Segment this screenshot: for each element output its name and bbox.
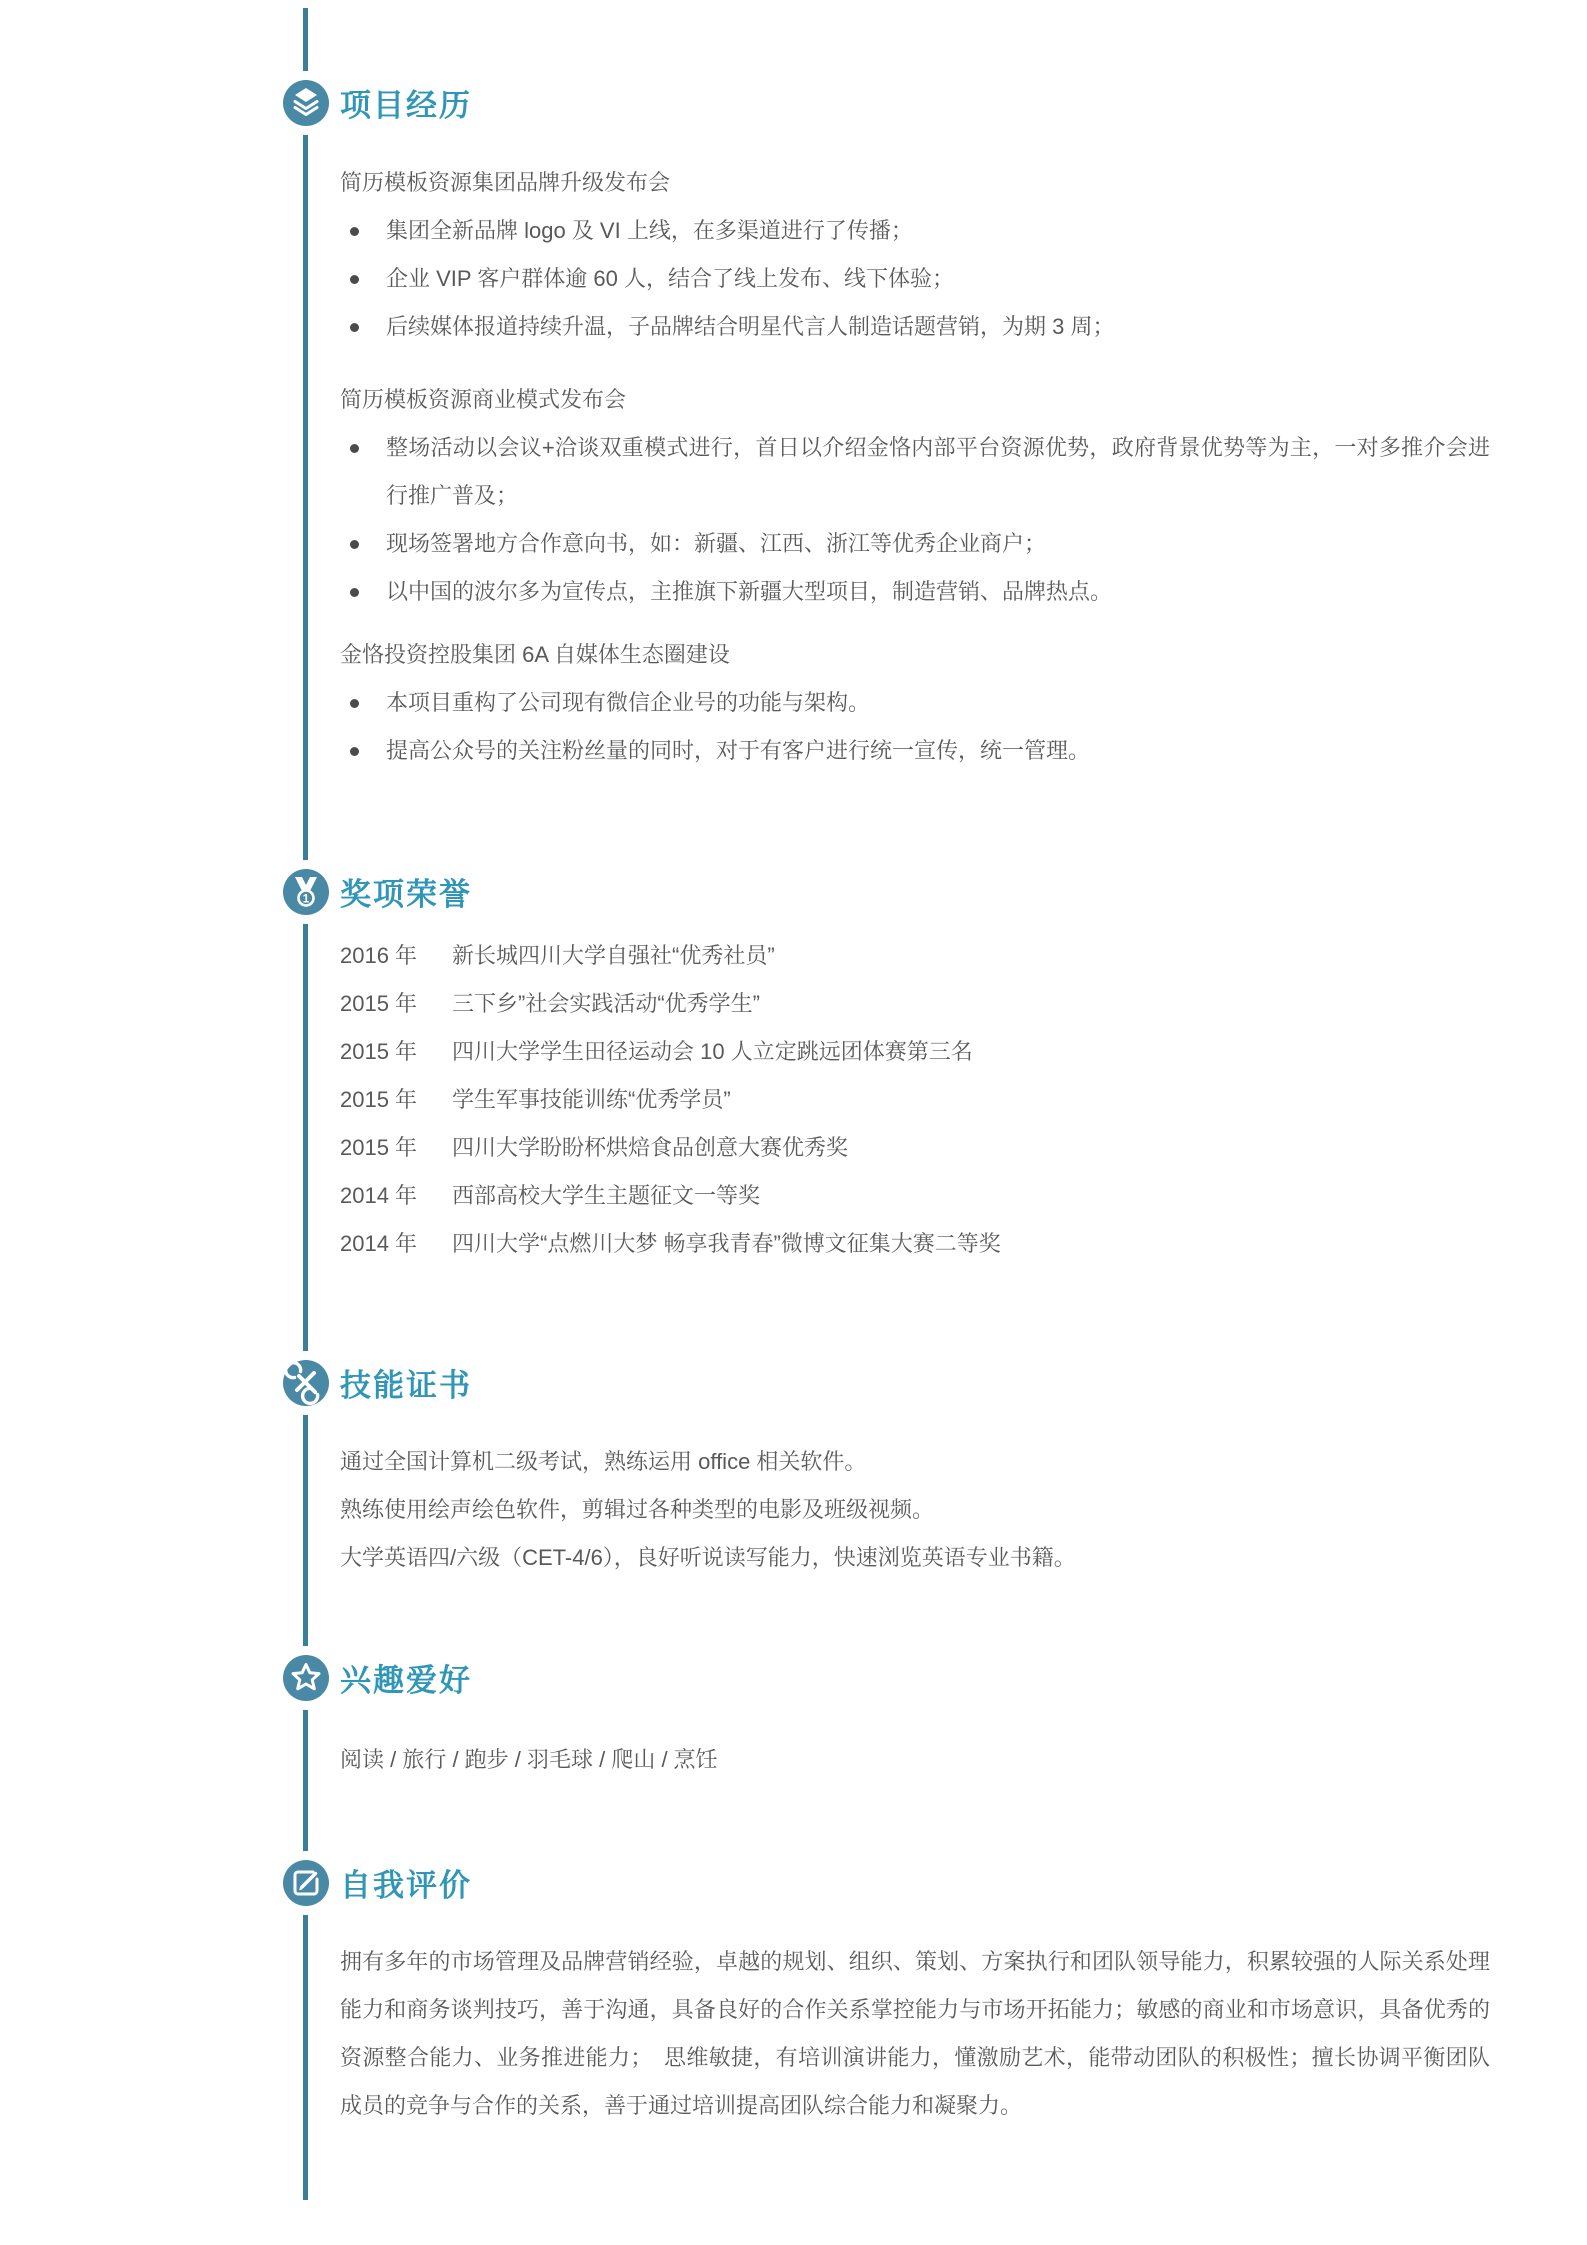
bullet-list: 整场活动以会议+洽谈双重模式进行，首日以介绍金恪内部平台资源优势，政府背景优势等… [340, 424, 1490, 616]
bullet-text: 整场活动以会议+洽谈双重模式进行，首日以介绍金恪内部平台资源优势，政府背景优势等… [386, 424, 1490, 520]
medal-icon: 1 [283, 869, 329, 915]
section-skills: 技能证书 通过全国计算机二级考试，熟练运用 office 相关软件。 熟练使用绘… [340, 1363, 1490, 1582]
resume-page: 1 项目经历 简历模板资源集团品牌升级发布会 集团全新品 [0, 0, 1587, 2245]
bullet-text: 现场签署地方合作意向书，如：新疆、江西、浙江等优秀企业商户； [386, 520, 1490, 568]
award-text: 学生军事技能训练“优秀学员” [452, 1076, 1490, 1124]
award-text: 四川大学盼盼杯烘焙食品创意大赛优秀奖 [452, 1124, 1490, 1172]
section-title: 项目经历 [340, 83, 1490, 129]
project-group-title: 简历模板资源商业模式发布会 [340, 376, 1490, 424]
list-item: 企业 VIP 客户群体逾 60 人，结合了线上发布、线下体验； [340, 255, 1490, 303]
award-text: 四川大学学生田径运动会 10 人立定跳远团体赛第三名 [452, 1028, 1490, 1076]
section-title: 兴趣爱好 [340, 1658, 1490, 1704]
project-group: 金恪投资控股集团 6A 自媒体生态圈建设 本项目重构了公司现有微信企业号的功能与… [340, 631, 1490, 775]
list-item: 后续媒体报道持续升温，子品牌结合明星代言人制造话题营销，为期 3 周； [340, 303, 1490, 351]
award-year: 2015 年 [340, 1028, 452, 1076]
self-evaluation-paragraph: 拥有多年的市场管理及品牌营销经验，卓越的规划、组织、策划、方案执行和团队领导能力… [340, 1938, 1490, 2130]
award-row: 2015 年 四川大学盼盼杯烘焙食品创意大赛优秀奖 [340, 1124, 1490, 1172]
section-title: 技能证书 [340, 1363, 1490, 1409]
bullet-list: 本项目重构了公司现有微信企业号的功能与架构。 提高公众号的关注粉丝量的同时，对于… [340, 679, 1490, 775]
award-text: 新长城四川大学自强社“优秀社员” [452, 932, 1490, 980]
bullet-dot-icon [350, 444, 359, 453]
award-row: 2016 年 新长城四川大学自强社“优秀社员” [340, 932, 1490, 980]
hobbies-lines: 阅读 / 旅行 / 跑步 / 羽毛球 / 爬山 / 烹饪 [340, 1736, 1490, 1784]
bullet-text: 企业 VIP 客户群体逾 60 人，结合了线上发布、线下体验； [386, 255, 1490, 303]
bullet-dot-icon [350, 323, 359, 332]
star-icon [283, 1655, 329, 1701]
award-text: 三下乡”社会实践活动“优秀学生” [452, 980, 1490, 1028]
bullet-dot-icon [350, 699, 359, 708]
award-year: 2015 年 [340, 1076, 452, 1124]
project-group: 简历模板资源集团品牌升级发布会 集团全新品牌 logo 及 VI 上线，在多渠道… [340, 159, 1490, 351]
award-row: 2014 年 西部高校大学生主题征文一等奖 [340, 1172, 1490, 1220]
award-row: 2015 年 学生军事技能训练“优秀学员” [340, 1076, 1490, 1124]
skill-line: 大学英语四/六级（CET-4/6），良好听说读写能力，快速浏览英语专业书籍。 [340, 1534, 1490, 1582]
pencil-icon [283, 1860, 329, 1906]
skill-line: 通过全国计算机二级考试，熟练运用 office 相关软件。 [340, 1438, 1490, 1486]
bullet-dot-icon [350, 540, 359, 549]
project-group-title: 简历模板资源集团品牌升级发布会 [340, 159, 1490, 207]
award-list: 2016 年 新长城四川大学自强社“优秀社员” 2015 年 三下乡”社会实践活… [340, 932, 1490, 1268]
award-row: 2015 年 四川大学学生田径运动会 10 人立定跳远团体赛第三名 [340, 1028, 1490, 1076]
skill-line: 熟练使用绘声绘色软件，剪辑过各种类型的电影及班级视频。 [340, 1486, 1490, 1534]
award-row: 2015 年 三下乡”社会实践活动“优秀学生” [340, 980, 1490, 1028]
bullet-list: 集团全新品牌 logo 及 VI 上线，在多渠道进行了传播； 企业 VIP 客户… [340, 207, 1490, 351]
tools-icon [283, 1360, 329, 1406]
project-group-title: 金恪投资控股集团 6A 自媒体生态圈建设 [340, 631, 1490, 679]
bullet-text: 后续媒体报道持续升温，子品牌结合明星代言人制造话题营销，为期 3 周； [386, 303, 1490, 351]
bullet-text: 提高公众号的关注粉丝量的同时，对于有客户进行统一宣传，统一管理。 [386, 727, 1490, 775]
section-title: 自我评价 [340, 1863, 1490, 1909]
bullet-text: 本项目重构了公司现有微信企业号的功能与架构。 [386, 679, 1490, 727]
section-awards: 奖项荣誉 2016 年 新长城四川大学自强社“优秀社员” 2015 年 三下乡”… [340, 872, 1490, 1268]
section-title: 奖项荣誉 [340, 872, 1490, 918]
project-group: 简历模板资源商业模式发布会 整场活动以会议+洽谈双重模式进行，首日以介绍金恪内部… [340, 376, 1490, 616]
svg-text:1: 1 [303, 892, 310, 906]
layers-icon [283, 80, 329, 126]
list-item: 本项目重构了公司现有微信企业号的功能与架构。 [340, 679, 1490, 727]
list-item: 整场活动以会议+洽谈双重模式进行，首日以介绍金恪内部平台资源优势，政府背景优势等… [340, 424, 1490, 520]
list-item: 集团全新品牌 logo 及 VI 上线，在多渠道进行了传播； [340, 207, 1490, 255]
list-item: 以中国的波尔多为宣传点，主推旗下新疆大型项目，制造营销、品牌热点。 [340, 568, 1490, 616]
section-self-evaluation: 自我评价 拥有多年的市场管理及品牌营销经验，卓越的规划、组织、策划、方案执行和团… [340, 1863, 1490, 2130]
award-year: 2014 年 [340, 1172, 452, 1220]
list-item: 提高公众号的关注粉丝量的同时，对于有客户进行统一宣传，统一管理。 [340, 727, 1490, 775]
hobbies-line: 阅读 / 旅行 / 跑步 / 羽毛球 / 爬山 / 烹饪 [340, 1736, 1490, 1784]
section-hobbies: 兴趣爱好 阅读 / 旅行 / 跑步 / 羽毛球 / 爬山 / 烹饪 [340, 1658, 1490, 1784]
award-text: 西部高校大学生主题征文一等奖 [452, 1172, 1490, 1220]
award-year: 2015 年 [340, 1124, 452, 1172]
award-year: 2015 年 [340, 980, 452, 1028]
award-year: 2016 年 [340, 932, 452, 980]
award-row: 2014 年 四川大学“点燃川大梦 畅享我青春”微博文征集大赛二等奖 [340, 1220, 1490, 1268]
section-project-experience: 项目经历 简历模板资源集团品牌升级发布会 集团全新品牌 logo 及 VI 上线… [340, 83, 1490, 775]
bullet-dot-icon [350, 588, 359, 597]
award-year: 2014 年 [340, 1220, 452, 1268]
list-item: 现场签署地方合作意向书，如：新疆、江西、浙江等优秀企业商户； [340, 520, 1490, 568]
bullet-text: 以中国的波尔多为宣传点，主推旗下新疆大型项目，制造营销、品牌热点。 [386, 568, 1490, 616]
bullet-dot-icon [350, 275, 359, 284]
award-text: 四川大学“点燃川大梦 畅享我青春”微博文征集大赛二等奖 [452, 1220, 1490, 1268]
skills-lines: 通过全国计算机二级考试，熟练运用 office 相关软件。 熟练使用绘声绘色软件… [340, 1438, 1490, 1582]
bullet-text: 集团全新品牌 logo 及 VI 上线，在多渠道进行了传播； [386, 207, 1490, 255]
bullet-dot-icon [350, 747, 359, 756]
bullet-dot-icon [350, 227, 359, 236]
